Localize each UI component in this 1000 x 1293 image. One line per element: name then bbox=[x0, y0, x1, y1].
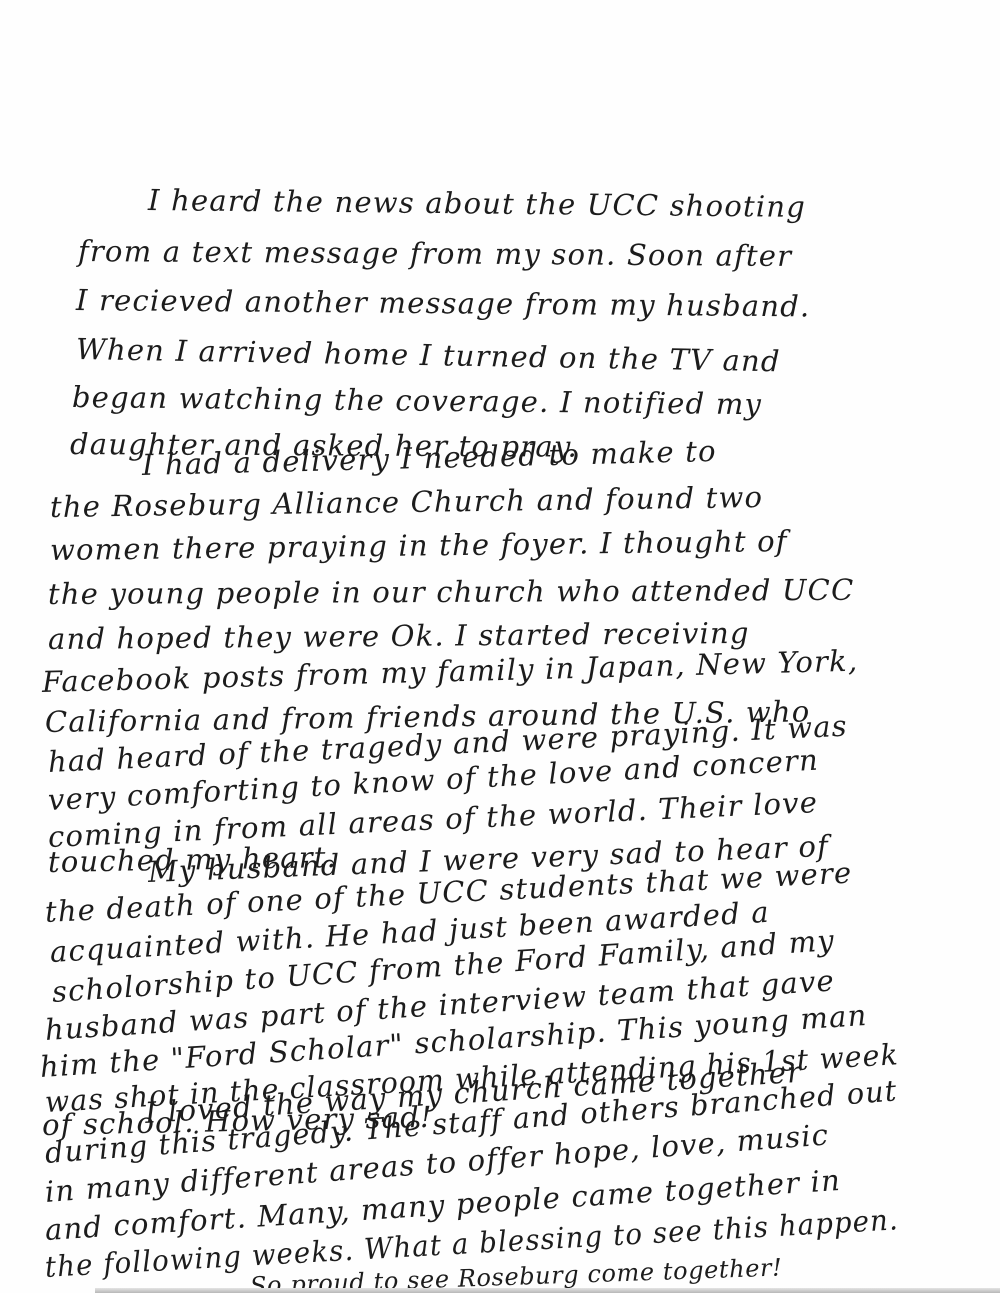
letter-line: the young people in our church who atten… bbox=[48, 573, 855, 611]
scanned-page: I heard the news about the UCC shooting … bbox=[0, 0, 1000, 1293]
letter-line: from a text message from my son. Soon af… bbox=[78, 234, 793, 273]
letter-line: When I arrived home I turned on the TV a… bbox=[76, 332, 781, 378]
letter-line: women there praying in the foyer. I thou… bbox=[50, 524, 788, 567]
letter-line: the Roseburg Alliance Church and found t… bbox=[50, 480, 764, 524]
letter-line: I heard the news about the UCC shooting bbox=[148, 183, 806, 224]
handwritten-letter: I heard the news about the UCC shooting … bbox=[0, 0, 1000, 1293]
scan-edge-shadow bbox=[95, 1288, 1000, 1293]
letter-line: I recieved another message from my husba… bbox=[76, 283, 811, 323]
letter-line: began watching the coverage. I notified … bbox=[72, 380, 762, 421]
